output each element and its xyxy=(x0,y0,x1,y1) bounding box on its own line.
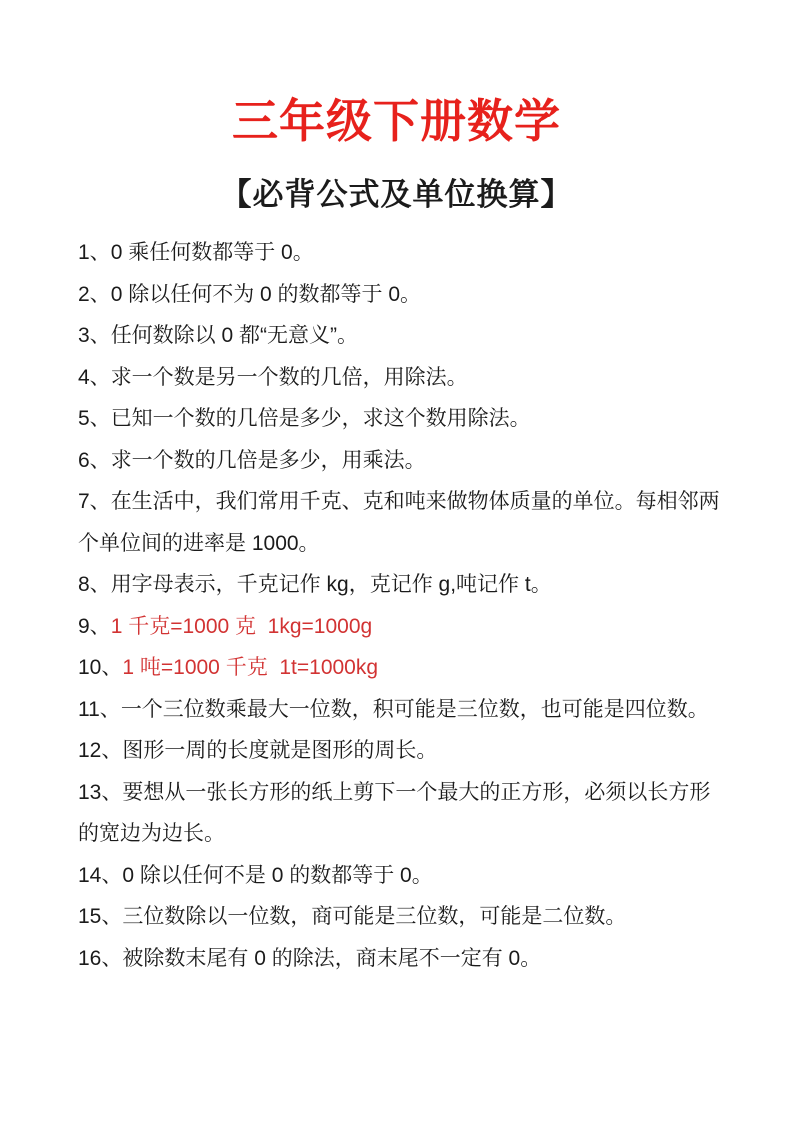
list-item: 10、1 吨=1000 千克 1t=1000kg xyxy=(78,647,725,689)
item-text: 求一个数是另一个数的几倍，用除法。 xyxy=(111,366,468,389)
list-item: 8、用字母表示，千克记作 kg，克记作 g,吨记作 t。 xyxy=(78,564,725,606)
item-number: 6、 xyxy=(78,449,111,472)
item-number: 14、 xyxy=(78,864,122,887)
item-text: 1 千克=1000 克 1kg=1000g xyxy=(111,615,373,638)
page-subtitle: 【必背公式及单位换算】 xyxy=(0,175,793,215)
item-text: 任何数除以 0 都“无意义”。 xyxy=(111,324,358,347)
document-page: 三年级下册数学 【必背公式及单位换算】 1、0 乘任何数都等于 0。 2、0 除… xyxy=(0,0,793,1122)
list-item: 3、任何数除以 0 都“无意义”。 xyxy=(78,315,725,357)
item-text: 0 乘任何数都等于 0。 xyxy=(111,241,314,264)
list-item: 16、被除数末尾有 0 的除法，商末尾不一定有 0。 xyxy=(78,938,725,980)
item-text: 要想从一张长方形的纸上剪下一个最大的正方形，必须以长方形的宽边为边长。 xyxy=(78,781,710,846)
item-text: 已知一个数的几倍是多少，求这个数用除法。 xyxy=(111,407,531,430)
item-number: 8、 xyxy=(78,573,111,596)
item-text: 图形一周的长度就是图形的周长。 xyxy=(122,739,437,762)
item-text: 求一个数的几倍是多少，用乘法。 xyxy=(111,449,426,472)
item-number: 2、 xyxy=(78,283,111,306)
item-text: 三位数除以一位数，商可能是三位数，可能是二位数。 xyxy=(122,905,626,928)
item-text: 用字母表示，千克记作 kg，克记作 g,吨记作 t。 xyxy=(111,573,552,596)
list-item: 6、求一个数的几倍是多少，用乘法。 xyxy=(78,440,725,482)
item-number: 9、 xyxy=(78,615,111,638)
item-number: 11、 xyxy=(78,698,121,721)
item-number: 3、 xyxy=(78,324,111,347)
list-item: 9、1 千克=1000 克 1kg=1000g xyxy=(78,606,725,648)
list-item: 14、0 除以任何不是 0 的数都等于 0。 xyxy=(78,855,725,897)
list-item: 13、要想从一张长方形的纸上剪下一个最大的正方形，必须以长方形的宽边为边长。 xyxy=(78,772,725,855)
list-item: 15、三位数除以一位数，商可能是三位数，可能是二位数。 xyxy=(78,896,725,938)
item-number: 15、 xyxy=(78,905,122,928)
list-item: 1、0 乘任何数都等于 0。 xyxy=(78,232,725,274)
item-text: 被除数末尾有 0 的除法，商末尾不一定有 0。 xyxy=(122,947,541,970)
list-item: 7、在生活中，我们常用千克、克和吨来做物体质量的单位。每相邻两个单位间的进率是 … xyxy=(78,481,725,564)
list-item: 12、图形一周的长度就是图形的周长。 xyxy=(78,730,725,772)
item-number: 10、 xyxy=(78,656,122,679)
list-item: 11、一个三位数乘最大一位数，积可能是三位数，也可能是四位数。 xyxy=(78,689,725,731)
item-text: 0 除以任何不是 0 的数都等于 0。 xyxy=(122,864,432,887)
item-text: 1 吨=1000 千克 1t=1000kg xyxy=(122,656,378,679)
item-text: 在生活中，我们常用千克、克和吨来做物体质量的单位。每相邻两个单位间的进率是 10… xyxy=(78,490,720,555)
item-number: 12、 xyxy=(78,739,122,762)
list-item: 4、求一个数是另一个数的几倍，用除法。 xyxy=(78,357,725,399)
formula-list: 1、0 乘任何数都等于 0。 2、0 除以任何不为 0 的数都等于 0。 3、任… xyxy=(0,232,793,979)
list-item: 5、已知一个数的几倍是多少，求这个数用除法。 xyxy=(78,398,725,440)
page-title: 三年级下册数学 xyxy=(0,0,793,145)
item-number: 1、 xyxy=(78,241,111,264)
item-number: 5、 xyxy=(78,407,111,430)
item-text: 一个三位数乘最大一位数，积可能是三位数，也可能是四位数。 xyxy=(121,698,709,721)
item-number: 16、 xyxy=(78,947,122,970)
list-item: 2、0 除以任何不为 0 的数都等于 0。 xyxy=(78,274,725,316)
item-number: 4、 xyxy=(78,366,111,389)
item-number: 13、 xyxy=(78,781,122,804)
item-text: 0 除以任何不为 0 的数都等于 0。 xyxy=(111,283,421,306)
item-number: 7、 xyxy=(78,490,111,513)
